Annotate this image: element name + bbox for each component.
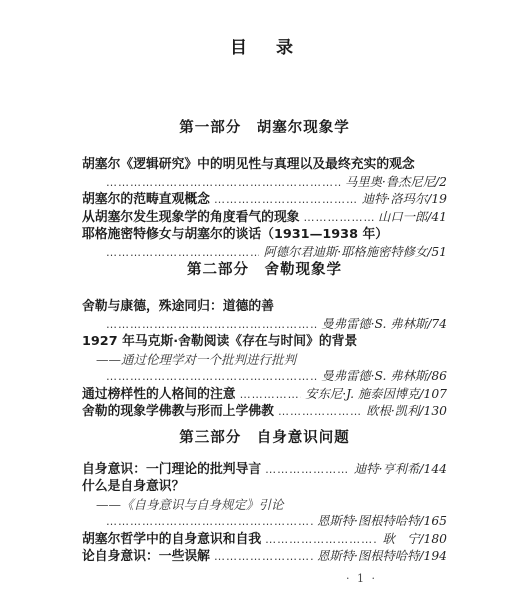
section-heading: 第一部分 胡塞尔现象学 bbox=[82, 119, 447, 137]
entry-title: 论自身意识：一些误解 bbox=[82, 548, 210, 566]
dot-leader: ………………………………………………………………………………………………………… bbox=[265, 461, 350, 479]
toc-author-line: …………………………………………………………………………………………………………… bbox=[82, 513, 447, 531]
toc-entry: 自身意识：一门理论的批判导言……………………………………………………………………… bbox=[82, 461, 447, 479]
entry-author-page: 阿德尔君迪斯·耶格施密特修女/51 bbox=[263, 244, 447, 262]
toc-entry-title: 舍勒与康德，殊途同归：道德的善 bbox=[82, 298, 447, 316]
toc-entry-title: 耶格施密特修女与胡塞尔的谈话（1931—1938 年） bbox=[82, 226, 447, 244]
entry-title: 胡塞尔的范畴直观概念 bbox=[82, 191, 210, 209]
toc-entry-title: 胡塞尔《逻辑研究》中的明见性与真理以及最终充实的观念 bbox=[82, 156, 447, 174]
entry-title: 从胡塞尔发生现象学的角度看气的现象 bbox=[82, 209, 300, 227]
toc-entry: 通过榜样性的人格间的注意…………………………………………………………………………… bbox=[82, 386, 447, 404]
page-title: 目 录 bbox=[82, 38, 447, 58]
section-heading: 第三部分 自身意识问题 bbox=[82, 429, 447, 447]
toc-list: 舍勒与康德，殊途同归：道德的善…………………………………………………………………… bbox=[82, 298, 447, 421]
entry-author-page: 欧根·凯利/130 bbox=[366, 403, 447, 421]
entry-title: 什么是自身意识？ bbox=[82, 478, 184, 496]
toc-entry: 舍勒的现象学佛教与形而上学佛教…………………………………………………………………… bbox=[82, 403, 447, 421]
entry-title: 舍勒的现象学佛教与形而上学佛教 bbox=[82, 403, 274, 421]
dot-leader: ………………………………………………………………………………………………………… bbox=[106, 368, 317, 386]
entry-author-page: 安东尼·J. 施泰因博克/107 bbox=[305, 386, 447, 404]
toc-author-line: …………………………………………………………………………………………………………… bbox=[82, 316, 447, 334]
entry-title: 自身意识：一门理论的批判导言 bbox=[82, 461, 261, 479]
entry-author-page: 恩斯特·图根特哈特/165 bbox=[317, 513, 447, 531]
toc-author-line: …………………………………………………………………………………………………………… bbox=[82, 174, 447, 192]
dot-leader: ………………………………………………………………………………………………………… bbox=[106, 316, 317, 334]
dot-leader: ………………………………………………………………………………………………………… bbox=[265, 531, 378, 549]
entry-author-page: 曼弗雷德·S. 弗林斯/74 bbox=[321, 316, 447, 334]
page-number: · 1 · bbox=[82, 572, 447, 585]
entry-author-page: 曼弗雷德·S. 弗林斯/86 bbox=[321, 368, 447, 386]
entry-subtitle: ——《自身意识与自身规定》引论 bbox=[96, 496, 284, 514]
toc-entry-title: 1927 年马克斯·舍勒阅读《存在与时间》的背景 bbox=[82, 333, 447, 351]
toc-subtitle: ——通过伦理学对一个批判进行批判 bbox=[82, 351, 447, 369]
entry-author-page: 迪特·洛玛尔/19 bbox=[362, 191, 447, 209]
entry-author-page: 耿 宁/180 bbox=[382, 531, 447, 549]
dot-leader: ………………………………………………………………………………………………………… bbox=[106, 513, 313, 531]
entry-author-page: 山口一郎/41 bbox=[378, 209, 447, 227]
entry-author-page: 恩斯特·图根特哈特/194 bbox=[317, 548, 447, 566]
toc-author-line: …………………………………………………………………………………………………………… bbox=[82, 244, 447, 262]
toc-entry: 胡塞尔的范畴直观概念………………………………………………………………………………… bbox=[82, 191, 447, 209]
entry-author-page: 马里奥·鲁杰尼尼/2 bbox=[345, 174, 447, 192]
toc-page: 目 录 第一部分 胡塞尔现象学胡塞尔《逻辑研究》中的明见性与真理以及最终充实的观… bbox=[0, 0, 512, 610]
toc-entry: 论自身意识：一些误解………………………………………………………………………………… bbox=[82, 548, 447, 566]
dot-leader: ………………………………………………………………………………………………………… bbox=[214, 191, 358, 209]
toc-section: 第二部分 舍勒现象学舍勒与康德，殊途同归：道德的善………………………………………… bbox=[82, 261, 447, 421]
entry-author-page: 迪特·亨利希/144 bbox=[354, 461, 447, 479]
entry-title: 舍勒与康德，殊途同归：道德的善 bbox=[82, 298, 274, 316]
toc-list: 自身意识：一门理论的批判导言……………………………………………………………………… bbox=[82, 461, 447, 566]
entry-title: 1927 年马克斯·舍勒阅读《存在与时间》的背景 bbox=[82, 333, 357, 351]
entry-title: 通过榜样性的人格间的注意 bbox=[82, 386, 236, 404]
toc-entry: 从胡塞尔发生现象学的角度看气的现象……………………………………………………………… bbox=[82, 209, 447, 227]
entry-title: 耶格施密特修女与胡塞尔的谈话（1931—1938 年） bbox=[82, 226, 388, 244]
dot-leader: ………………………………………………………………………………………………………… bbox=[106, 244, 259, 262]
entry-subtitle: ——通过伦理学对一个批判进行批判 bbox=[96, 351, 296, 369]
toc-entry-title: 什么是自身意识？ bbox=[82, 478, 447, 496]
section-heading: 第二部分 舍勒现象学 bbox=[82, 261, 447, 279]
dot-leader: ………………………………………………………………………………………………………… bbox=[304, 209, 374, 227]
toc-subtitle: ——《自身意识与自身规定》引论 bbox=[82, 496, 447, 514]
dot-leader: ………………………………………………………………………………………………………… bbox=[240, 386, 302, 404]
toc-entry: 胡塞尔哲学中的自身意识和自我……………………………………………………………………… bbox=[82, 531, 447, 549]
toc-section: 第三部分 自身意识问题自身意识：一门理论的批判导言………………………………………… bbox=[82, 429, 447, 566]
dot-leader: ………………………………………………………………………………………………………… bbox=[106, 174, 341, 192]
dot-leader: ………………………………………………………………………………………………………… bbox=[214, 548, 313, 566]
entry-title: 胡塞尔《逻辑研究》中的明见性与真理以及最终充实的观念 bbox=[82, 156, 415, 174]
toc-section: 第一部分 胡塞尔现象学胡塞尔《逻辑研究》中的明见性与真理以及最终充实的观念………… bbox=[82, 119, 447, 261]
dot-leader: ………………………………………………………………………………………………………… bbox=[278, 403, 362, 421]
toc-sections: 第一部分 胡塞尔现象学胡塞尔《逻辑研究》中的明见性与真理以及最终充实的观念………… bbox=[82, 119, 447, 566]
toc-list: 胡塞尔《逻辑研究》中的明见性与真理以及最终充实的观念……………………………………… bbox=[82, 156, 447, 261]
toc-author-line: …………………………………………………………………………………………………………… bbox=[82, 368, 447, 386]
entry-title: 胡塞尔哲学中的自身意识和自我 bbox=[82, 531, 261, 549]
